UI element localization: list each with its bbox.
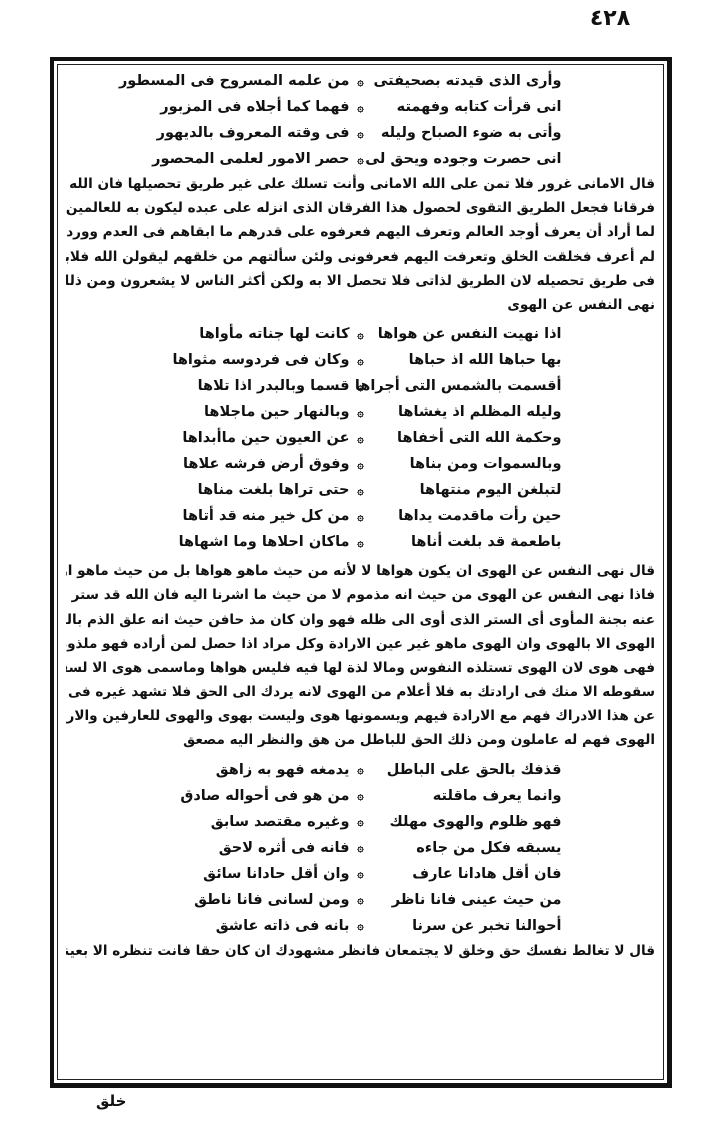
verse-line: فهو ظلوم والهوى مهلك ۞ وغيره مقتصد سابق: [64, 809, 657, 835]
poem-block-2: اذا نهيت النفس عن هواها ۞ كانت لها جناته…: [64, 321, 657, 555]
verse-second-hemistich: وبالنهار حين ماجلاها: [160, 404, 350, 420]
verse-first-hemistich: قذفك بالحق على الباطل: [372, 762, 562, 778]
verse-line: وانما يعرف ماقلته ۞ من هو فى أحواله صادق: [64, 783, 657, 809]
verse-first-hemistich: وليله المظلم اذ يغشاها: [372, 404, 562, 420]
verse-first-hemistich: اذا نهيت النفس عن هواها: [372, 326, 562, 342]
poem-block-3: قذفك بالحق على الباطل ۞ يدمغه فهو به زاه…: [64, 757, 657, 939]
star-separator-icon: ۞: [350, 458, 372, 471]
star-separator-icon: ۞: [350, 153, 372, 166]
verse-line: باطعمة قد بلغت أناها ۞ ماكان احلاها وما …: [64, 529, 657, 555]
verse-first-hemistich: فان أقل هادانا عارف: [372, 866, 562, 882]
verse-second-hemistich: من كل خير منه قد أتاها: [160, 508, 350, 524]
verse-second-hemistich: بانه فى ذاته عاشق: [160, 918, 350, 934]
prose-line: قال نهى النفس عن الهوى ان يكون هواها لا …: [66, 559, 655, 583]
verse-first-hemistich: فهو ظلوم والهوى مهلك: [372, 814, 562, 830]
star-separator-icon: ۞: [350, 380, 372, 393]
star-separator-icon: ۞: [350, 867, 372, 880]
verse-first-hemistich: من حيث عينى فانا ناظر: [372, 892, 562, 908]
verse-line: انى حصرت وجوده ويحق لى ۞ حصر الامور لعلم…: [64, 146, 657, 172]
star-separator-icon: ۞: [350, 893, 372, 906]
verse-first-hemistich: وأرى الذى قيدته بصحيفتى: [372, 73, 562, 89]
verse-first-hemistich: يسبقه فكل من جاءه: [372, 840, 562, 856]
verse-second-hemistich: وغيره مقتصد سابق: [160, 814, 350, 830]
verse-line: أقسمت بالشمس التى أجراها ۞ قسما وبالبدر …: [64, 373, 657, 399]
verse-line: وأرى الذى قيدته بصحيفتى ۞ من علمه المسرو…: [64, 68, 657, 94]
verse-second-hemistich: فهما كما أجلاه فى المزبور: [160, 99, 350, 115]
star-separator-icon: ۞: [350, 815, 372, 828]
verse-line: وليله المظلم اذ يغشاها ۞ وبالنهار حين ما…: [64, 399, 657, 425]
prose-line: الهوى الا بالهوى وان الهوى ماهو غير عين …: [66, 632, 655, 656]
star-separator-icon: ۞: [350, 328, 372, 341]
verse-line: يسبقه فكل من جاءه ۞ فانه فى أثره لاحق: [64, 835, 657, 861]
verse-line: قذفك بالحق على الباطل ۞ يدمغه فهو به زاه…: [64, 757, 657, 783]
prose-line: فهى هوى لان الهوى تستلذه النفوس ومالا لذ…: [66, 656, 655, 680]
verse-line: بها حباها الله اذ حباها ۞ وكان فى فردوسه…: [64, 347, 657, 373]
star-separator-icon: ۞: [350, 127, 372, 140]
verse-second-hemistich: وكان فى فردوسه مثواها: [160, 352, 350, 368]
catchword: خلق: [96, 1092, 126, 1110]
star-separator-icon: ۞: [350, 101, 372, 114]
verse-first-hemistich: لتبلغن اليوم منتهاها: [372, 482, 562, 498]
verse-second-hemistich: قسما وبالبدر اذا تلاها: [160, 378, 350, 394]
verse-second-hemistich: حصر الامور لعلمى المحصور: [160, 151, 350, 167]
prose-line: عن هذا الادراك فهم مع الارادة فيهم ويسمو…: [66, 704, 655, 728]
star-separator-icon: ۞: [350, 919, 372, 932]
prose-line: الهوى فهم له عاملون ومن ذلك الحق للباطل …: [66, 728, 655, 752]
verse-first-hemistich: وأتى به ضوء الصباح وليله: [372, 125, 562, 141]
star-separator-icon: ۞: [350, 432, 372, 445]
verse-second-hemistich: يدمغه فهو به زاهق: [160, 762, 350, 778]
verse-line: انى قرأت كتابه وفهمته ۞ فهما كما أجلاه ف…: [64, 94, 657, 120]
verse-line: وحكمة الله التى أخفاها ۞ عن العيون حين م…: [64, 425, 657, 451]
verse-second-hemistich: وفوق أرض فرشه علاها: [160, 456, 350, 472]
star-separator-icon: ۞: [350, 75, 372, 88]
prose-line: سقوطه الا منك فى ارادتك به فلا أعلام من …: [66, 680, 655, 704]
verse-second-hemistich: حتى تراها بلغت مناها: [160, 482, 350, 498]
verse-line: اذا نهيت النفس عن هواها ۞ كانت لها جناته…: [64, 321, 657, 347]
verse-first-hemistich: وانما يعرف ماقلته: [372, 788, 562, 804]
star-separator-icon: ۞: [350, 510, 372, 523]
star-separator-icon: ۞: [350, 406, 372, 419]
page-body: وأرى الذى قيدته بصحيفتى ۞ من علمه المسرو…: [64, 65, 657, 963]
verse-second-hemistich: وان أقل حادانا سائق: [160, 866, 350, 882]
poem-block-1: وأرى الذى قيدته بصحيفتى ۞ من علمه المسرو…: [64, 68, 657, 172]
star-separator-icon: ۞: [350, 763, 372, 776]
star-separator-icon: ۞: [350, 354, 372, 367]
verse-first-hemistich: انى قرأت كتابه وفهمته: [372, 99, 562, 115]
star-separator-icon: ۞: [350, 841, 372, 854]
prose-line: نهى النفس عن الهوى: [66, 293, 655, 317]
prose-paragraph-1: قال الامانى غرور فلا تمن على الله الامان…: [64, 172, 657, 317]
verse-second-hemistich: فانه فى أثره لاحق: [160, 840, 350, 856]
page-frame: وأرى الذى قيدته بصحيفتى ۞ من علمه المسرو…: [50, 57, 672, 1088]
verse-line: أحوالنا تخبر عن سرنا ۞ بانه فى ذاته عاشق: [64, 913, 657, 939]
prose-line: قال لا تغالط نفسك حق وخلق لا يجتمعان فان…: [66, 939, 655, 963]
verse-line: وأتى به ضوء الصباح وليله ۞ فى وقته المعر…: [64, 120, 657, 146]
verse-first-hemistich: وبالسموات ومن بناها: [372, 456, 562, 472]
verse-second-hemistich: فى وقته المعروف بالديهور: [160, 125, 350, 141]
verse-first-hemistich: أحوالنا تخبر عن سرنا: [372, 918, 562, 934]
prose-line: فاذا نهى النفس عن الهوى من حيث انه مذموم…: [66, 583, 655, 607]
verse-first-hemistich: أقسمت بالشمس التى أجراها: [372, 378, 562, 394]
verse-second-hemistich: من علمه المسروح فى المسطور: [160, 73, 350, 89]
verse-second-hemistich: عن العيون حين ماأبداها: [160, 430, 350, 446]
prose-line: قال الامانى غرور فلا تمن على الله الامان…: [66, 172, 655, 196]
prose-line: عنه بجنة المأوى أى الستر الذى أوى الى ظل…: [66, 608, 655, 632]
prose-paragraph-3: قال لا تغالط نفسك حق وخلق لا يجتمعان فان…: [64, 939, 657, 963]
verse-second-hemistich: من هو فى أحواله صادق: [160, 788, 350, 804]
star-separator-icon: ۞: [350, 536, 372, 549]
verse-line: لتبلغن اليوم منتهاها ۞ حتى تراها بلغت من…: [64, 477, 657, 503]
star-separator-icon: ۞: [350, 789, 372, 802]
verse-first-hemistich: حين رأت ماقدمت يداها: [372, 508, 562, 524]
verse-second-hemistich: كانت لها جناته مأواها: [160, 326, 350, 342]
verse-first-hemistich: انى حصرت وجوده ويحق لى: [372, 151, 562, 167]
verse-second-hemistich: ومن لسانى فانا ناطق: [160, 892, 350, 908]
verse-second-hemistich: ماكان احلاها وما اشهاها: [160, 534, 350, 550]
prose-line: فرقانا فجعل الطريق التقوى لحصول هذا الفر…: [66, 196, 655, 220]
prose-line: فى طريق تحصيله لان الطريق لذاتى فلا تحصل…: [66, 269, 655, 293]
verse-line: من حيث عينى فانا ناظر ۞ ومن لسانى فانا ن…: [64, 887, 657, 913]
prose-line: لما أراد أن يعرف أوجد العالم وتعرف اليهم…: [66, 220, 655, 244]
prose-line: لم أعرف فخلقت الخلق وتعرفت اليهم فعرفونى…: [66, 245, 655, 269]
prose-paragraph-2: قال نهى النفس عن الهوى ان يكون هواها لا …: [64, 559, 657, 753]
star-separator-icon: ۞: [350, 484, 372, 497]
verse-line: وبالسموات ومن بناها ۞ وفوق أرض فرشه علاه…: [64, 451, 657, 477]
verse-first-hemistich: وحكمة الله التى أخفاها: [372, 430, 562, 446]
page-number: ٤٢٨: [580, 6, 640, 32]
verse-line: فان أقل هادانا عارف ۞ وان أقل حادانا سائ…: [64, 861, 657, 887]
verse-line: حين رأت ماقدمت يداها ۞ من كل خير منه قد …: [64, 503, 657, 529]
verse-first-hemistich: بها حباها الله اذ حباها: [372, 352, 562, 368]
verse-first-hemistich: باطعمة قد بلغت أناها: [372, 534, 562, 550]
